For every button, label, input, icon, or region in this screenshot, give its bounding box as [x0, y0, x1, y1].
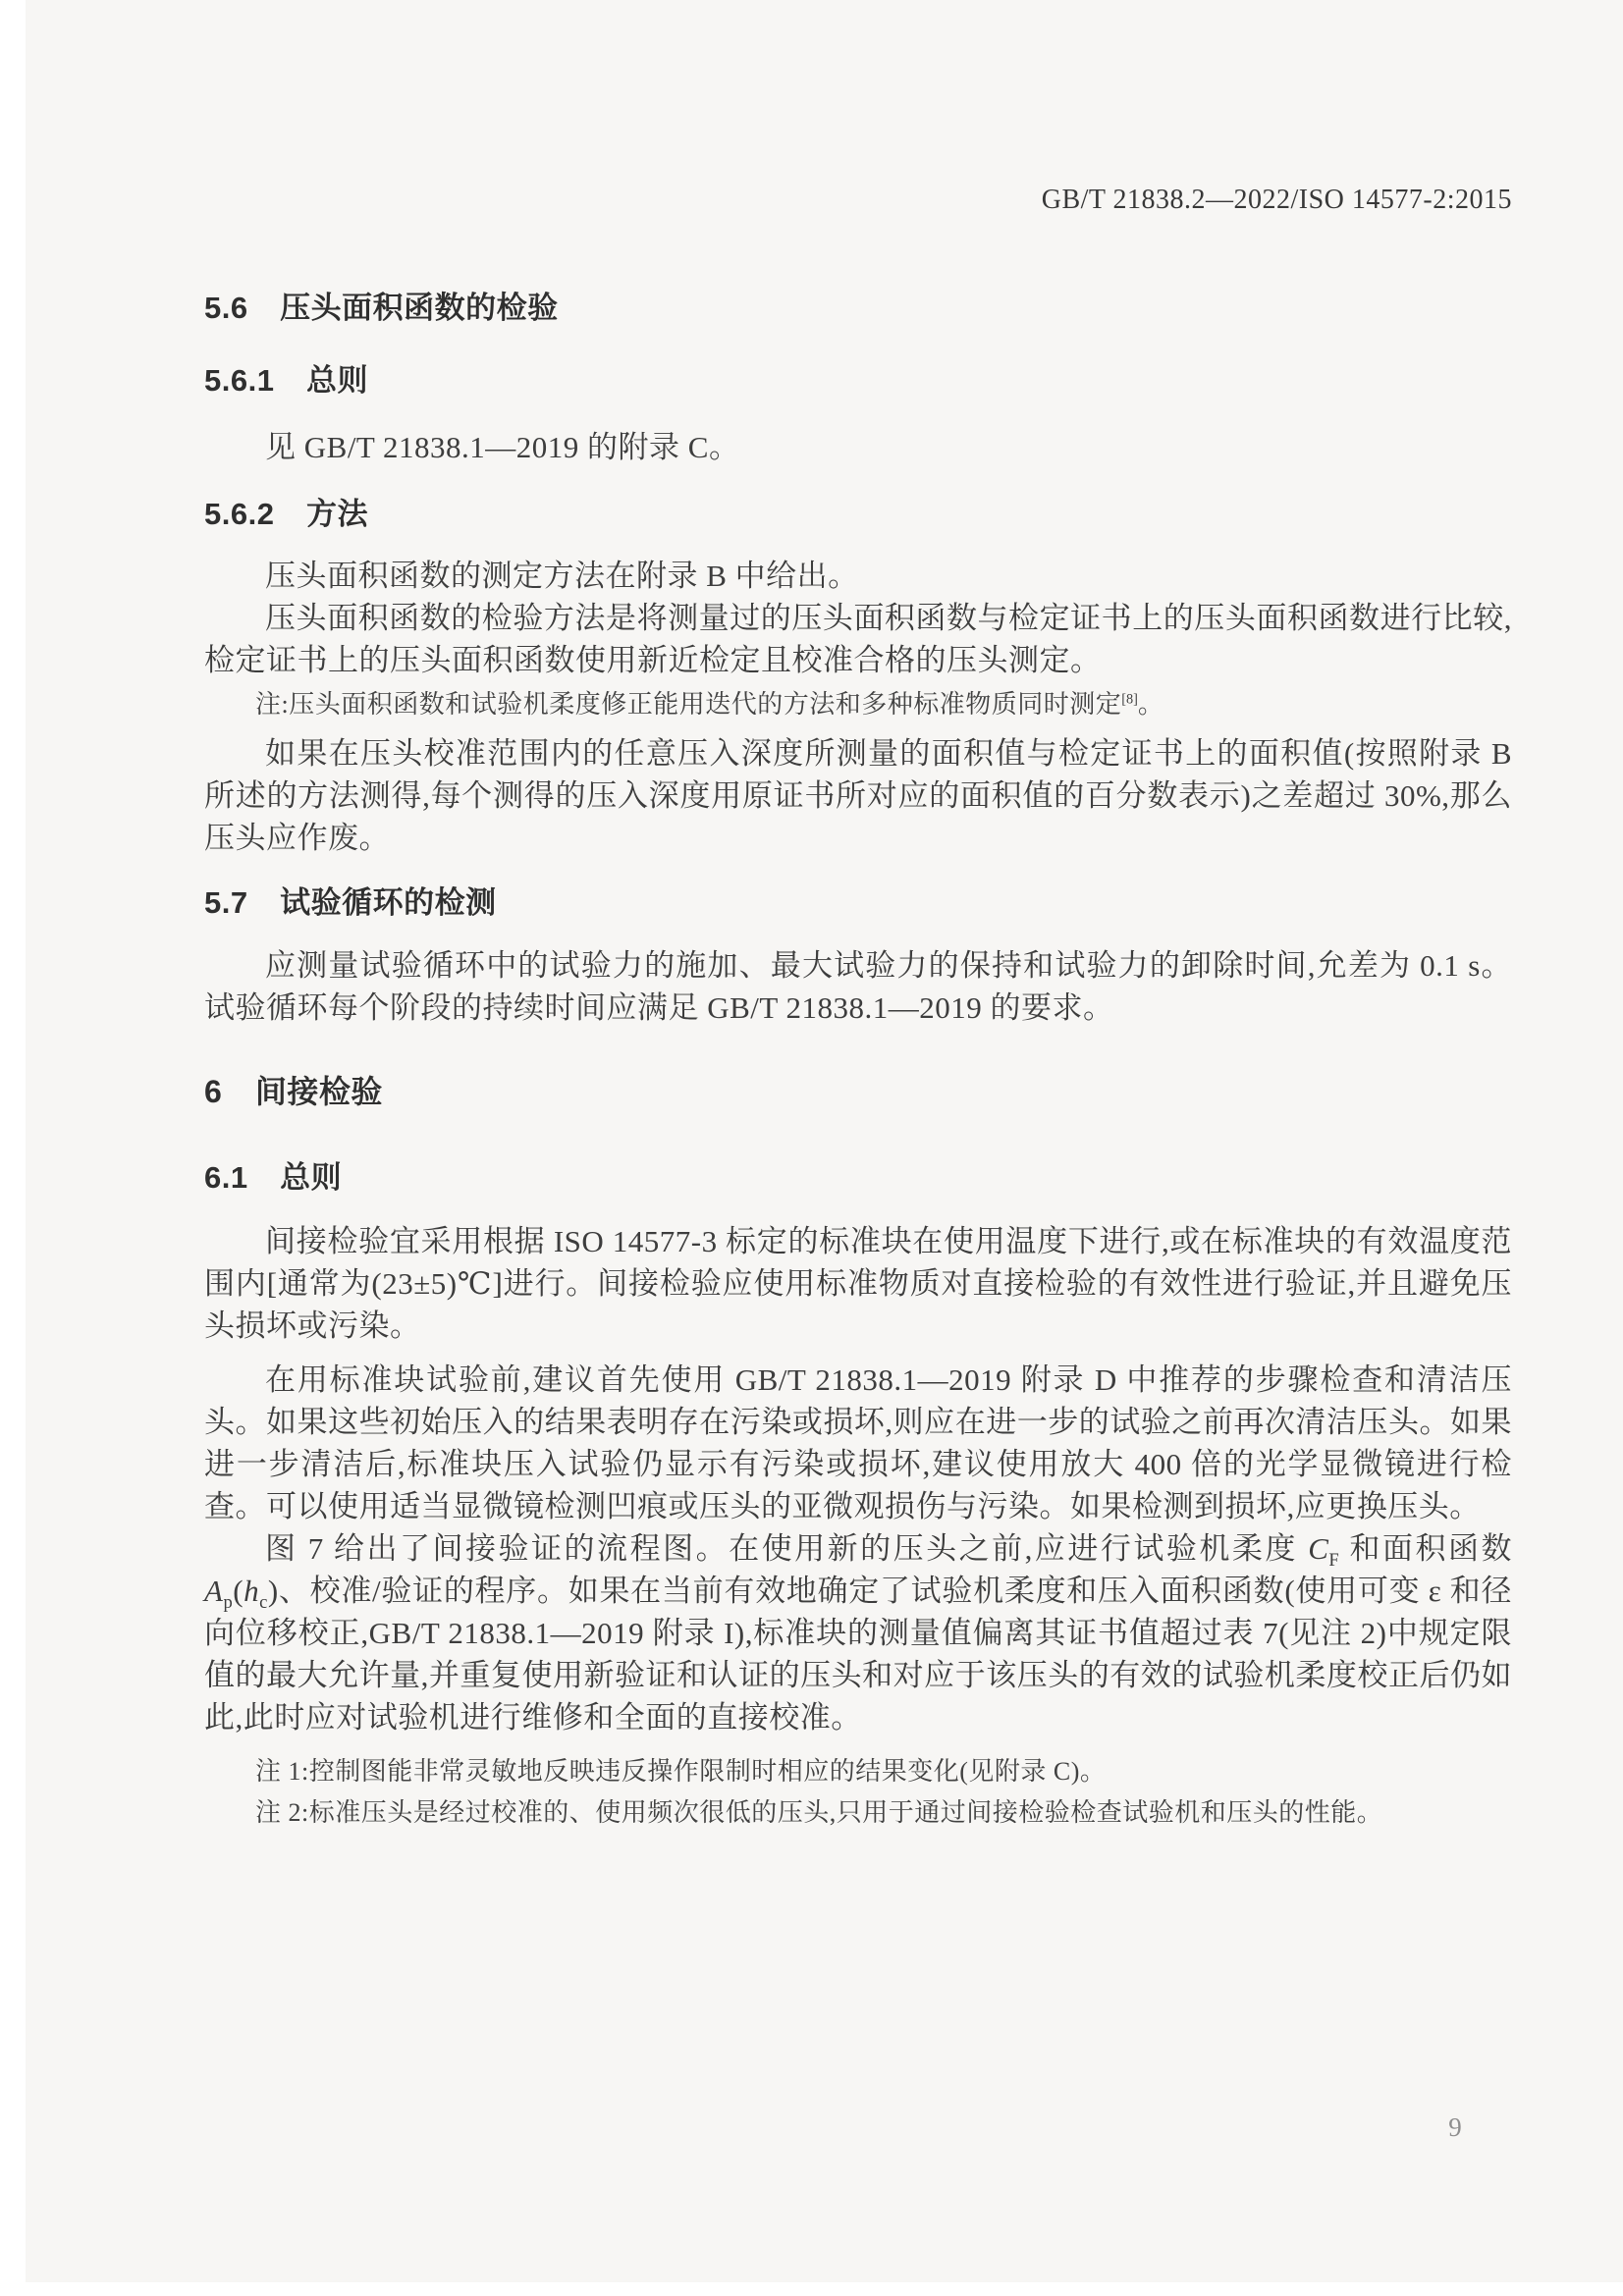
page-content: GB/T 21838.2—2022/ISO 14577-2:2015 5.6压头…	[204, 0, 1512, 1833]
section-heading-5-6-1: 5.6.1总则	[204, 359, 1512, 402]
heading-number: 5.6.1	[204, 363, 274, 398]
heading-number: 5.7	[204, 885, 248, 920]
heading-title: 总则	[280, 1160, 342, 1195]
variable-contact-depth: h	[243, 1574, 259, 1608]
paragraph-text: 图 7 给出了间接验证的流程图。在使用新的压头之前,应进行试验机柔度	[265, 1531, 1308, 1566]
heading-number: 5.6	[204, 291, 248, 325]
section-heading-6-1: 6.1总则	[204, 1156, 1512, 1200]
note-text: 注:压头面积函数和试验机柔度修正能用迭代的方法和多种标准物质同时测定	[255, 690, 1121, 719]
paragraph-text: (	[233, 1574, 243, 1608]
heading-title: 间接检验	[255, 1074, 383, 1109]
note-text-tail: 。	[1138, 690, 1164, 719]
variable-subscript: c	[259, 1592, 268, 1613]
paragraph-text: )、校准/验证的程序。如果在当前有效地确定了试验机柔度和压入面积函数(使用可变 …	[204, 1574, 1512, 1735]
variable-subscript: p	[223, 1592, 233, 1613]
paragraph-text: 和面积函数	[1339, 1531, 1512, 1566]
heading-title: 方法	[306, 497, 368, 531]
note-2-6-1: 注 2:标准压头是经过校准的、使用频次很低的压头,只用于通过间接检验检查试验机和…	[204, 1793, 1512, 1833]
note-1-6-1: 注 1:控制图能非常灵敏地反映违反操作限制时相应的结果变化(见附录 C)。	[204, 1752, 1512, 1791]
paragraph-6-1-a: 间接检验宜采用根据 ISO 14577-3 标定的标准块在使用温度下进行,或在标…	[204, 1220, 1512, 1347]
page-number: 9	[1435, 2112, 1475, 2143]
heading-title: 试验循环的检测	[280, 885, 497, 920]
paragraph-5-6-1: 见 GB/T 21838.1—2019 的附录 C。	[204, 426, 1512, 468]
section-heading-5-6: 5.6压头面积函数的检验	[204, 287, 1512, 330]
variable-machine-compliance: C	[1308, 1531, 1328, 1566]
paragraph-6-1-c: 图 7 给出了间接验证的流程图。在使用新的压头之前,应进行试验机柔度 CF 和面…	[204, 1527, 1512, 1738]
paragraph-5-6-2-b: 压头面积函数的检验方法是将测量过的压头面积函数与检定证书上的压头面积函数进行比较…	[204, 597, 1512, 681]
running-header: GB/T 21838.2—2022/ISO 14577-2:2015	[204, 0, 1512, 218]
heading-number: 6.1	[204, 1160, 248, 1195]
paragraph-5-7: 应测量试验循环中的试验力的施加、最大试验力的保持和试验力的卸除时间,允差为 0.…	[204, 944, 1512, 1029]
heading-title: 总则	[306, 363, 368, 398]
heading-number: 5.6.2	[204, 497, 274, 531]
section-heading-5-7: 5.7试验循环的检测	[204, 881, 1512, 925]
variable-subscript: F	[1328, 1550, 1339, 1571]
note-5-6-2: 注:压头面积函数和试验机柔度修正能用迭代的方法和多种标准物质同时测定[8]。	[204, 686, 1512, 723]
heading-title: 压头面积函数的检验	[280, 291, 559, 325]
section-heading-5-6-2: 5.6.2方法	[204, 493, 1512, 536]
paragraph-5-6-2-c: 如果在压头校准范围内的任意压入深度所测量的面积值与检定证书上的面积值(按照附录 …	[204, 732, 1512, 859]
section-heading-6: 6间接检验	[204, 1070, 1512, 1113]
paragraph-5-6-2-a: 压头面积函数的测定方法在附录 B 中给出。	[204, 555, 1512, 597]
heading-number: 6	[204, 1074, 222, 1109]
standard-code: GB/T 21838.2—2022/ISO 14577-2:2015	[1042, 185, 1512, 215]
document-page: GB/T 21838.2—2022/ISO 14577-2:2015 5.6压头…	[26, 0, 1623, 2282]
reference-superscript: [8]	[1121, 691, 1138, 707]
paragraph-6-1-b: 在用标准块试验前,建议首先使用 GB/T 21838.1—2019 附录 D 中…	[204, 1359, 1512, 1527]
variable-area-function: A	[204, 1574, 223, 1608]
